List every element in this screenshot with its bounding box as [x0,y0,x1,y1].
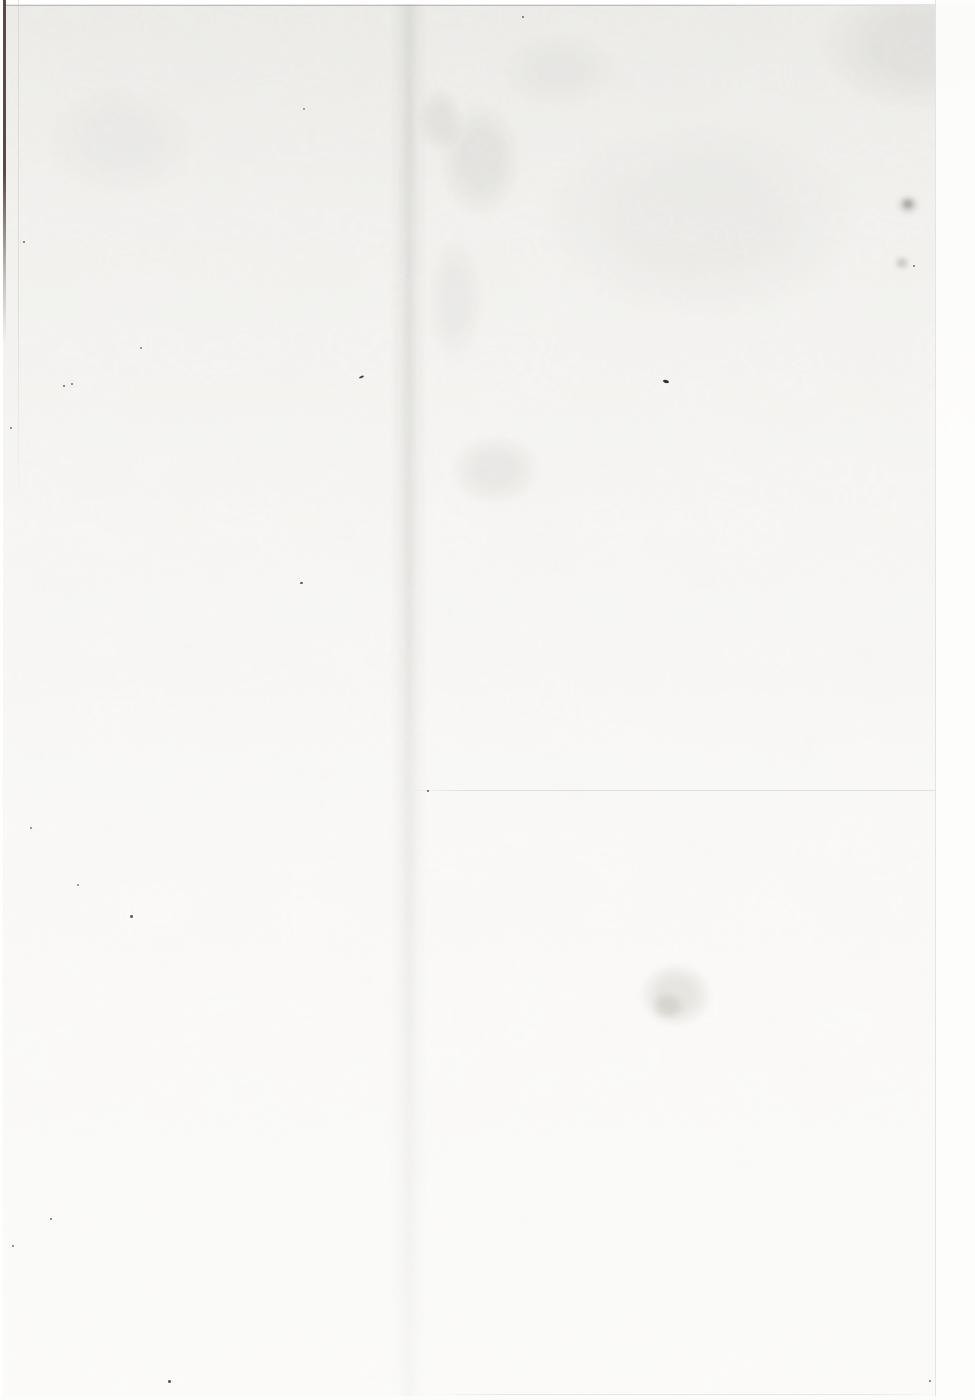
paper-texture [0,0,975,1400]
binding-edge-line [3,0,6,345]
scan-bottom-margin [0,1396,975,1400]
left-paper-edge-line [18,0,19,520]
horizontal-fold-line [408,790,975,791]
scan-top-margin [0,0,975,4]
page-top-edge-line [0,5,940,6]
scanned-book-page [0,0,975,1400]
vertical-crease [390,0,428,1400]
right-paper-edge-strip [935,0,975,1400]
page-bottom-edge-line [430,1394,940,1395]
